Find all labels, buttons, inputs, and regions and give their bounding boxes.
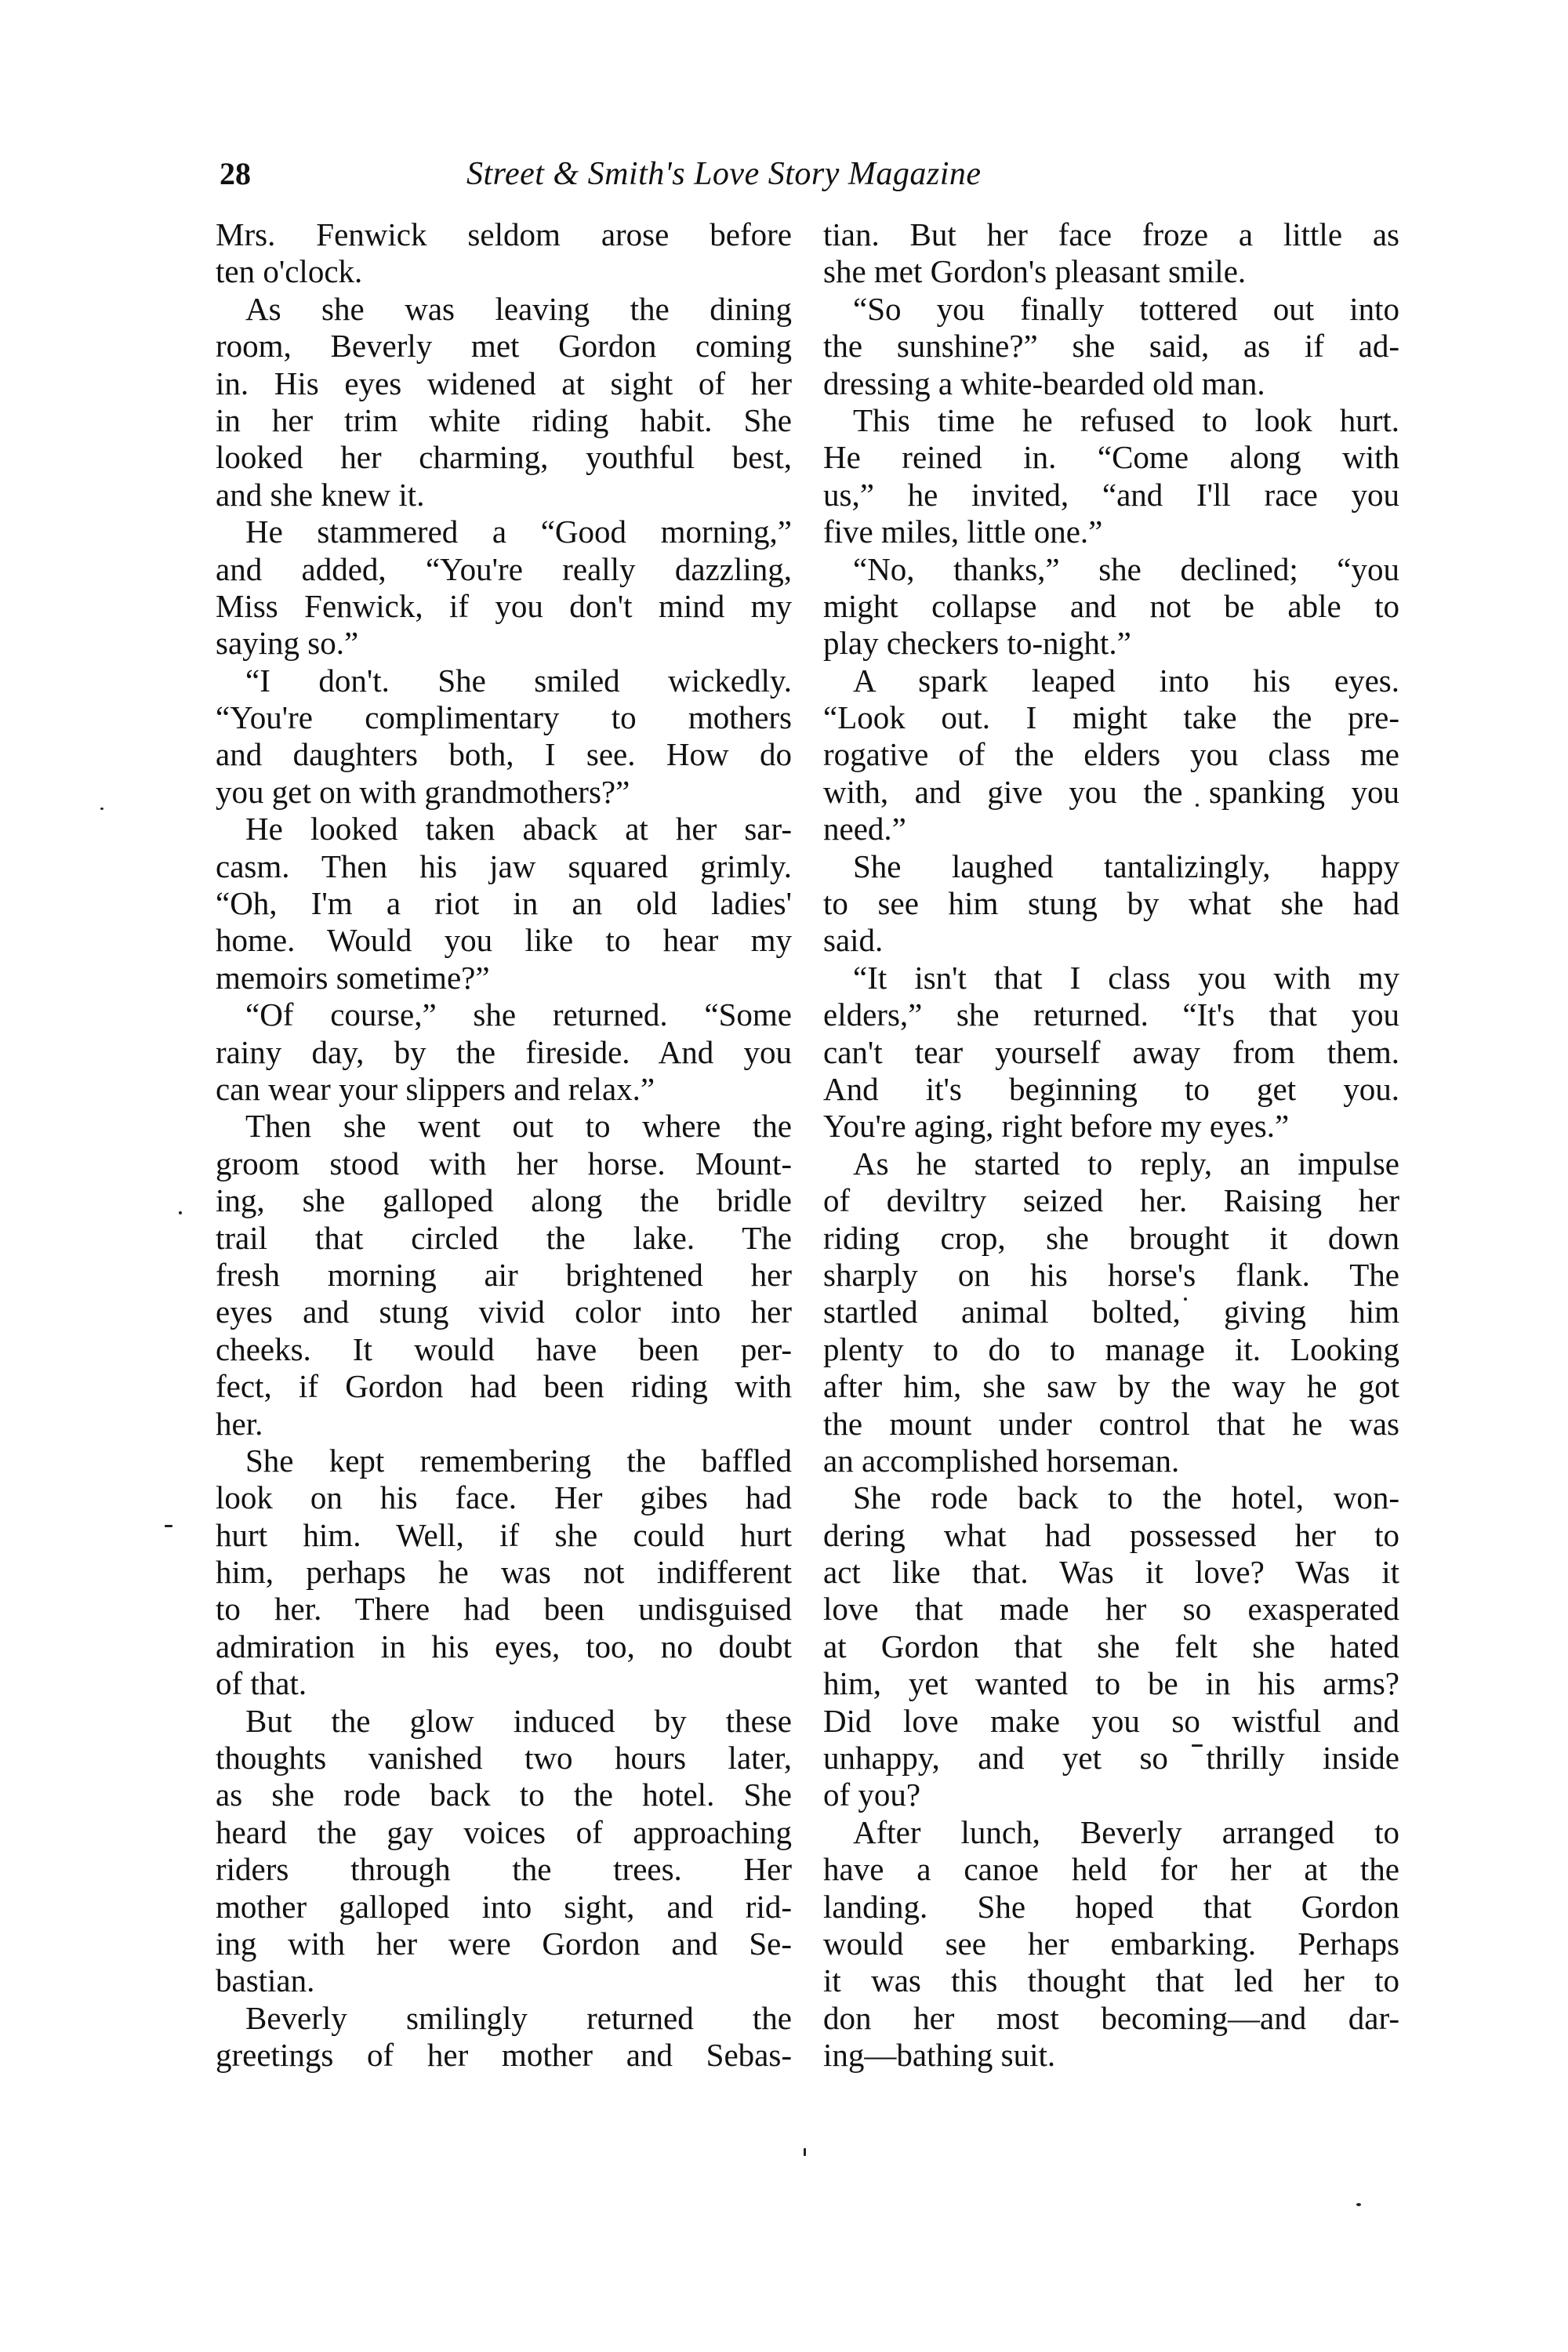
text-line: A spark leaped into his eyes. — [823, 662, 1399, 699]
text-line: said. — [823, 922, 1399, 959]
text-line: She kept remembering the baffled — [216, 1443, 792, 1479]
text-line: can't tear yourself away from them. — [823, 1034, 1399, 1071]
text-line: As she was leaving the dining — [216, 291, 792, 328]
text-column-left: Mrs. Fenwick seldom arose beforeten o'cl… — [216, 216, 792, 2074]
text-line: of that. — [216, 1665, 792, 1702]
text-line: plenty to do to manage it. Looking — [823, 1331, 1399, 1368]
text-line: “It isn't that I class you with my — [823, 960, 1399, 996]
text-line: an accomplished horseman. — [823, 1443, 1399, 1479]
text-line: her. — [216, 1406, 792, 1443]
text-line: He stammered a “Good morning,” — [216, 514, 792, 550]
text-line: thoughts vanished two hours later, — [216, 1740, 792, 1777]
text-line: might collapse and not be able to — [823, 588, 1399, 625]
text-line: But the glow induced by these — [216, 1703, 792, 1740]
text-line: can wear your slippers and relax.” — [216, 1071, 792, 1108]
text-line: and daughters both, I see. How do — [216, 736, 792, 773]
text-line: home. Would you like to hear my — [216, 922, 792, 959]
text-line: sharply on his horse's flank. The — [823, 1257, 1399, 1294]
text-line: cheeks. It would have been per- — [216, 1331, 792, 1368]
text-line: casm. Then his jaw squared grimly. — [216, 848, 792, 885]
text-line: tian. But her face froze a little as — [823, 216, 1399, 253]
text-line: ing with her were Gordon and Se- — [216, 1926, 792, 1962]
text-line: fresh morning air brightened her — [216, 1257, 792, 1294]
text-line: heard the gay voices of approaching — [216, 1814, 792, 1851]
text-line: And it's beginning to get you. — [823, 1071, 1399, 1108]
text-line: it was this thought that led her to — [823, 1962, 1399, 1999]
text-line: dressing a white-bearded old man. — [823, 365, 1399, 402]
text-line: As he started to reply, an impulse — [823, 1145, 1399, 1182]
scan-speck — [1356, 2203, 1361, 2206]
text-line: Miss Fenwick, if you don't mind my — [216, 588, 792, 625]
text-line: groom stood with her horse. Mount- — [216, 1145, 792, 1182]
running-title: Street & Smith's Love Story Magazine — [466, 151, 982, 198]
text-line: look on his face. Her gibes had — [216, 1479, 792, 1516]
text-line: He reined in. “Come along with — [823, 439, 1399, 476]
text-line: “So you finally tottered out into — [823, 291, 1399, 328]
text-line: rainy day, by the fireside. And you — [216, 1034, 792, 1071]
text-line: rogative of the elders you class me — [823, 736, 1399, 773]
text-line: hurt him. Well, if she could hurt — [216, 1517, 792, 1554]
text-line: This time he refused to look hurt. — [823, 402, 1399, 439]
text-line: the sunshine?” she said, as if ad- — [823, 328, 1399, 365]
text-line: “Oh, I'm a riot in an old ladies' — [216, 885, 792, 922]
text-line: riding crop, she brought it down — [823, 1220, 1399, 1257]
text-line: Did love make you so wistful and — [823, 1703, 1399, 1740]
text-line: admiration in his eyes, too, no doubt — [216, 1628, 792, 1665]
text-line: five miles, little one.” — [823, 514, 1399, 550]
text-line: she met Gordon's pleasant smile. — [823, 253, 1399, 290]
scan-speck — [179, 1211, 182, 1214]
scan-speck — [1192, 1744, 1203, 1747]
text-line: She laughed tantalizingly, happy — [823, 848, 1399, 885]
text-line: She rode back to the hotel, won- — [823, 1479, 1399, 1516]
text-line: Beverly smilingly returned the — [216, 2000, 792, 2037]
text-line: fect, if Gordon had been riding with — [216, 1368, 792, 1405]
scan-speck — [804, 2148, 806, 2156]
text-line: of deviltry seized her. Raising her — [823, 1182, 1399, 1219]
text-line: ing, she galloped along the bridle — [216, 1182, 792, 1219]
text-column-right: tian. But her face froze a little asshe … — [823, 216, 1399, 2074]
text-line: saying so.” — [216, 625, 792, 662]
text-line: him, perhaps he was not indifferent — [216, 1554, 792, 1591]
scan-speck — [165, 1525, 172, 1527]
text-line: looked her charming, youthful best, — [216, 439, 792, 476]
text-line: to see him stung by what she had — [823, 885, 1399, 922]
text-line: ten o'clock. — [216, 253, 792, 290]
text-line: riders through the trees. Her — [216, 1851, 792, 1888]
page-number: 28 — [220, 151, 251, 198]
text-line: “Look out. I might take the pre- — [823, 699, 1399, 736]
text-line: as she rode back to the hotel. She — [216, 1777, 792, 1813]
text-line: room, Beverly met Gordon coming — [216, 328, 792, 365]
text-line: memoirs sometime?” — [216, 960, 792, 996]
text-line: with, and give you the spanking you — [823, 774, 1399, 811]
text-line: elders,” she returned. “It's that you — [823, 996, 1399, 1033]
text-line: in. His eyes widened at sight of her — [216, 365, 792, 402]
text-line: “You're complimentary to mothers — [216, 699, 792, 736]
scan-speck — [1184, 1298, 1187, 1301]
text-line: bastian. — [216, 1962, 792, 1999]
text-line: at Gordon that she felt she hated — [823, 1628, 1399, 1665]
text-line: after him, she saw by the way he got — [823, 1368, 1399, 1405]
text-line: don her most becoming—and dar- — [823, 2000, 1399, 2037]
magazine-page: 28 Street & Smith's Love Story Magazine … — [0, 0, 1568, 2352]
text-line: landing. She hoped that Gordon — [823, 1889, 1399, 1926]
text-line: have a canoe held for her at the — [823, 1851, 1399, 1888]
text-line: mother galloped into sight, and rid- — [216, 1889, 792, 1926]
text-line: him, yet wanted to be in his arms? — [823, 1665, 1399, 1702]
text-line: unhappy, and yet so thrilly inside — [823, 1740, 1399, 1777]
text-line: You're aging, right before my eyes.” — [823, 1108, 1399, 1145]
text-line: and she knew it. — [216, 477, 792, 514]
text-line: After lunch, Beverly arranged to — [823, 1814, 1399, 1851]
text-line: greetings of her mother and Sebas- — [216, 2037, 792, 2074]
text-line: play checkers to-night.” — [823, 625, 1399, 662]
text-line: “No, thanks,” she declined; “you — [823, 551, 1399, 588]
text-line: He looked taken aback at her sar- — [216, 811, 792, 848]
text-line: “I don't. She smiled wickedly. — [216, 662, 792, 699]
scan-speck — [1196, 804, 1199, 807]
text-line: would see her embarking. Perhaps — [823, 1926, 1399, 1962]
text-line: the mount under control that he was — [823, 1406, 1399, 1443]
text-line: to her. There had been undisguised — [216, 1591, 792, 1628]
text-line: of you? — [823, 1777, 1399, 1813]
text-line: and added, “You're really dazzling, — [216, 551, 792, 588]
text-line: trail that circled the lake. The — [216, 1220, 792, 1257]
text-line: dering what had possessed her to — [823, 1517, 1399, 1554]
text-line: love that made her so exasperated — [823, 1591, 1399, 1628]
text-line: ing—bathing suit. — [823, 2037, 1399, 2074]
scan-speck — [100, 808, 103, 810]
text-line: Mrs. Fenwick seldom arose before — [216, 216, 792, 253]
text-line: eyes and stung vivid color into her — [216, 1294, 792, 1330]
text-line: you get on with grandmothers?” — [216, 774, 792, 811]
text-line: in her trim white riding habit. She — [216, 402, 792, 439]
text-line: us,” he invited, “and I'll race you — [823, 477, 1399, 514]
text-line: “Of course,” she returned. “Some — [216, 996, 792, 1033]
text-line: need.” — [823, 811, 1399, 848]
text-line: startled animal bolted, giving him — [823, 1294, 1399, 1330]
text-line: act like that. Was it love? Was it — [823, 1554, 1399, 1591]
text-line: Then she went out to where the — [216, 1108, 792, 1145]
running-header: 28 Street & Smith's Love Story Magazine — [196, 151, 1419, 198]
